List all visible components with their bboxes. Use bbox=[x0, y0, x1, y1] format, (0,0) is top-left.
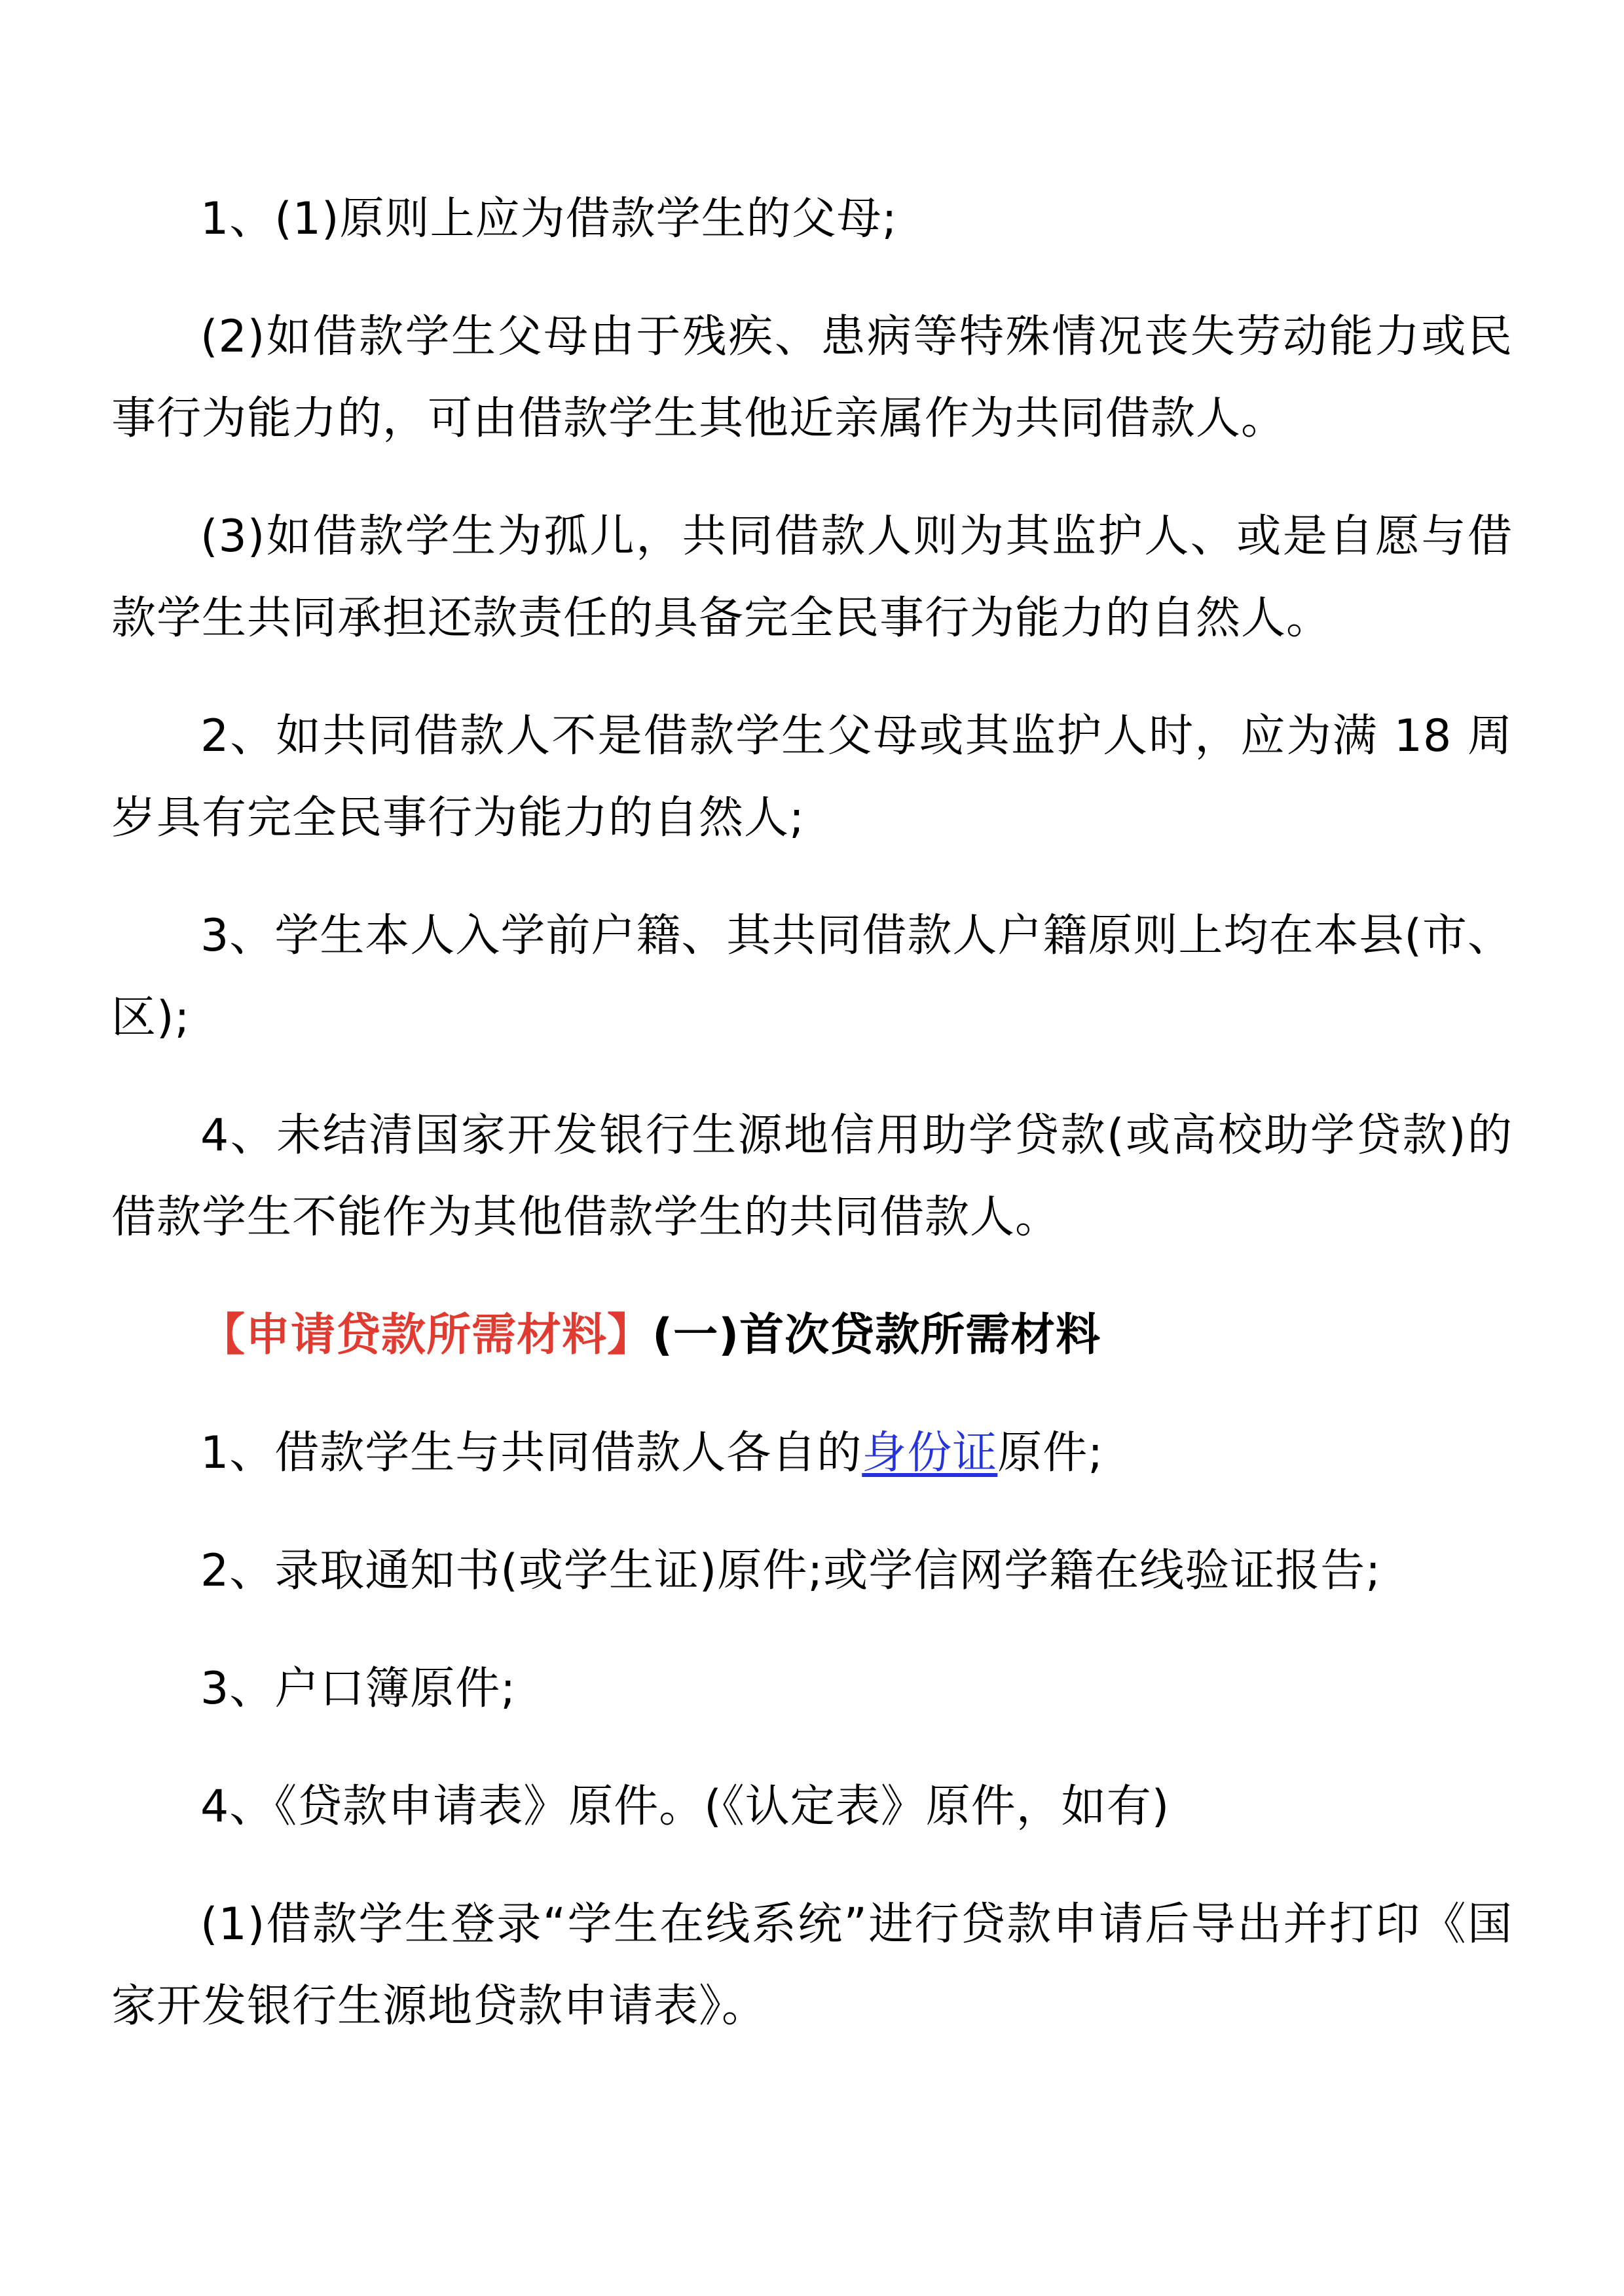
paragraph: (3)如借款学生为孤儿，共同借款人则为其监护人、或是自愿与借款学生共同承担还款责… bbox=[111, 496, 1513, 659]
document-content: 1、(1)原则上应为借款学生的父母;(2)如借款学生父母由于残疾、患病等特殊情况… bbox=[111, 178, 1513, 2047]
paragraph: 1、借款学生与共同借款人各自的身份证原件; bbox=[111, 1412, 1513, 1494]
paragraph: 1、(1)原则上应为借款学生的父母; bbox=[111, 178, 1513, 260]
paragraph: 2、录取通知书(或学生证)原件;或学信网学籍在线验证报告; bbox=[111, 1530, 1513, 1612]
section-heading-black-text: (一)首次贷款所需材料 bbox=[652, 1309, 1101, 1361]
section-heading: 【申请贷款所需材料】(一)首次贷款所需材料 bbox=[111, 1294, 1513, 1376]
paragraph-text: 1、借款学生与共同借款人各自的 bbox=[200, 1427, 862, 1479]
id-card-link[interactable]: 身份证 bbox=[862, 1427, 997, 1479]
paragraph: (1)借款学生登录“学生在线系统”进行贷款申请后导出并打印《国家开发银行生源地贷… bbox=[111, 1884, 1513, 2047]
paragraph: 2、如共同借款人不是借款学生父母或其监护人时，应为满 18 周岁具有完全民事行为… bbox=[111, 695, 1513, 859]
document-page: 1、(1)原则上应为借款学生的父母;(2)如借款学生父母由于残疾、患病等特殊情况… bbox=[0, 0, 1624, 2296]
section-heading-red-text: 【申请贷款所需材料】 bbox=[200, 1309, 652, 1361]
paragraph: 4、未结清国家开发银行生源地信用助学贷款(或高校助学贷款)的借款学生不能作为其他… bbox=[111, 1095, 1513, 1258]
paragraph: 4、《贷款申请表》原件。(《认定表》原件，如有) bbox=[111, 1766, 1513, 1848]
paragraph: 3、户口簿原件; bbox=[111, 1648, 1513, 1730]
paragraph: 3、学生本人入学前户籍、其共同借款人户籍原则上均在本县(市、区); bbox=[111, 895, 1513, 1059]
paragraph: (2)如借款学生父母由于残疾、患病等特殊情况丧失劳动能力或民事行为能力的，可由借… bbox=[111, 296, 1513, 460]
paragraph-text: 原件; bbox=[997, 1427, 1103, 1479]
